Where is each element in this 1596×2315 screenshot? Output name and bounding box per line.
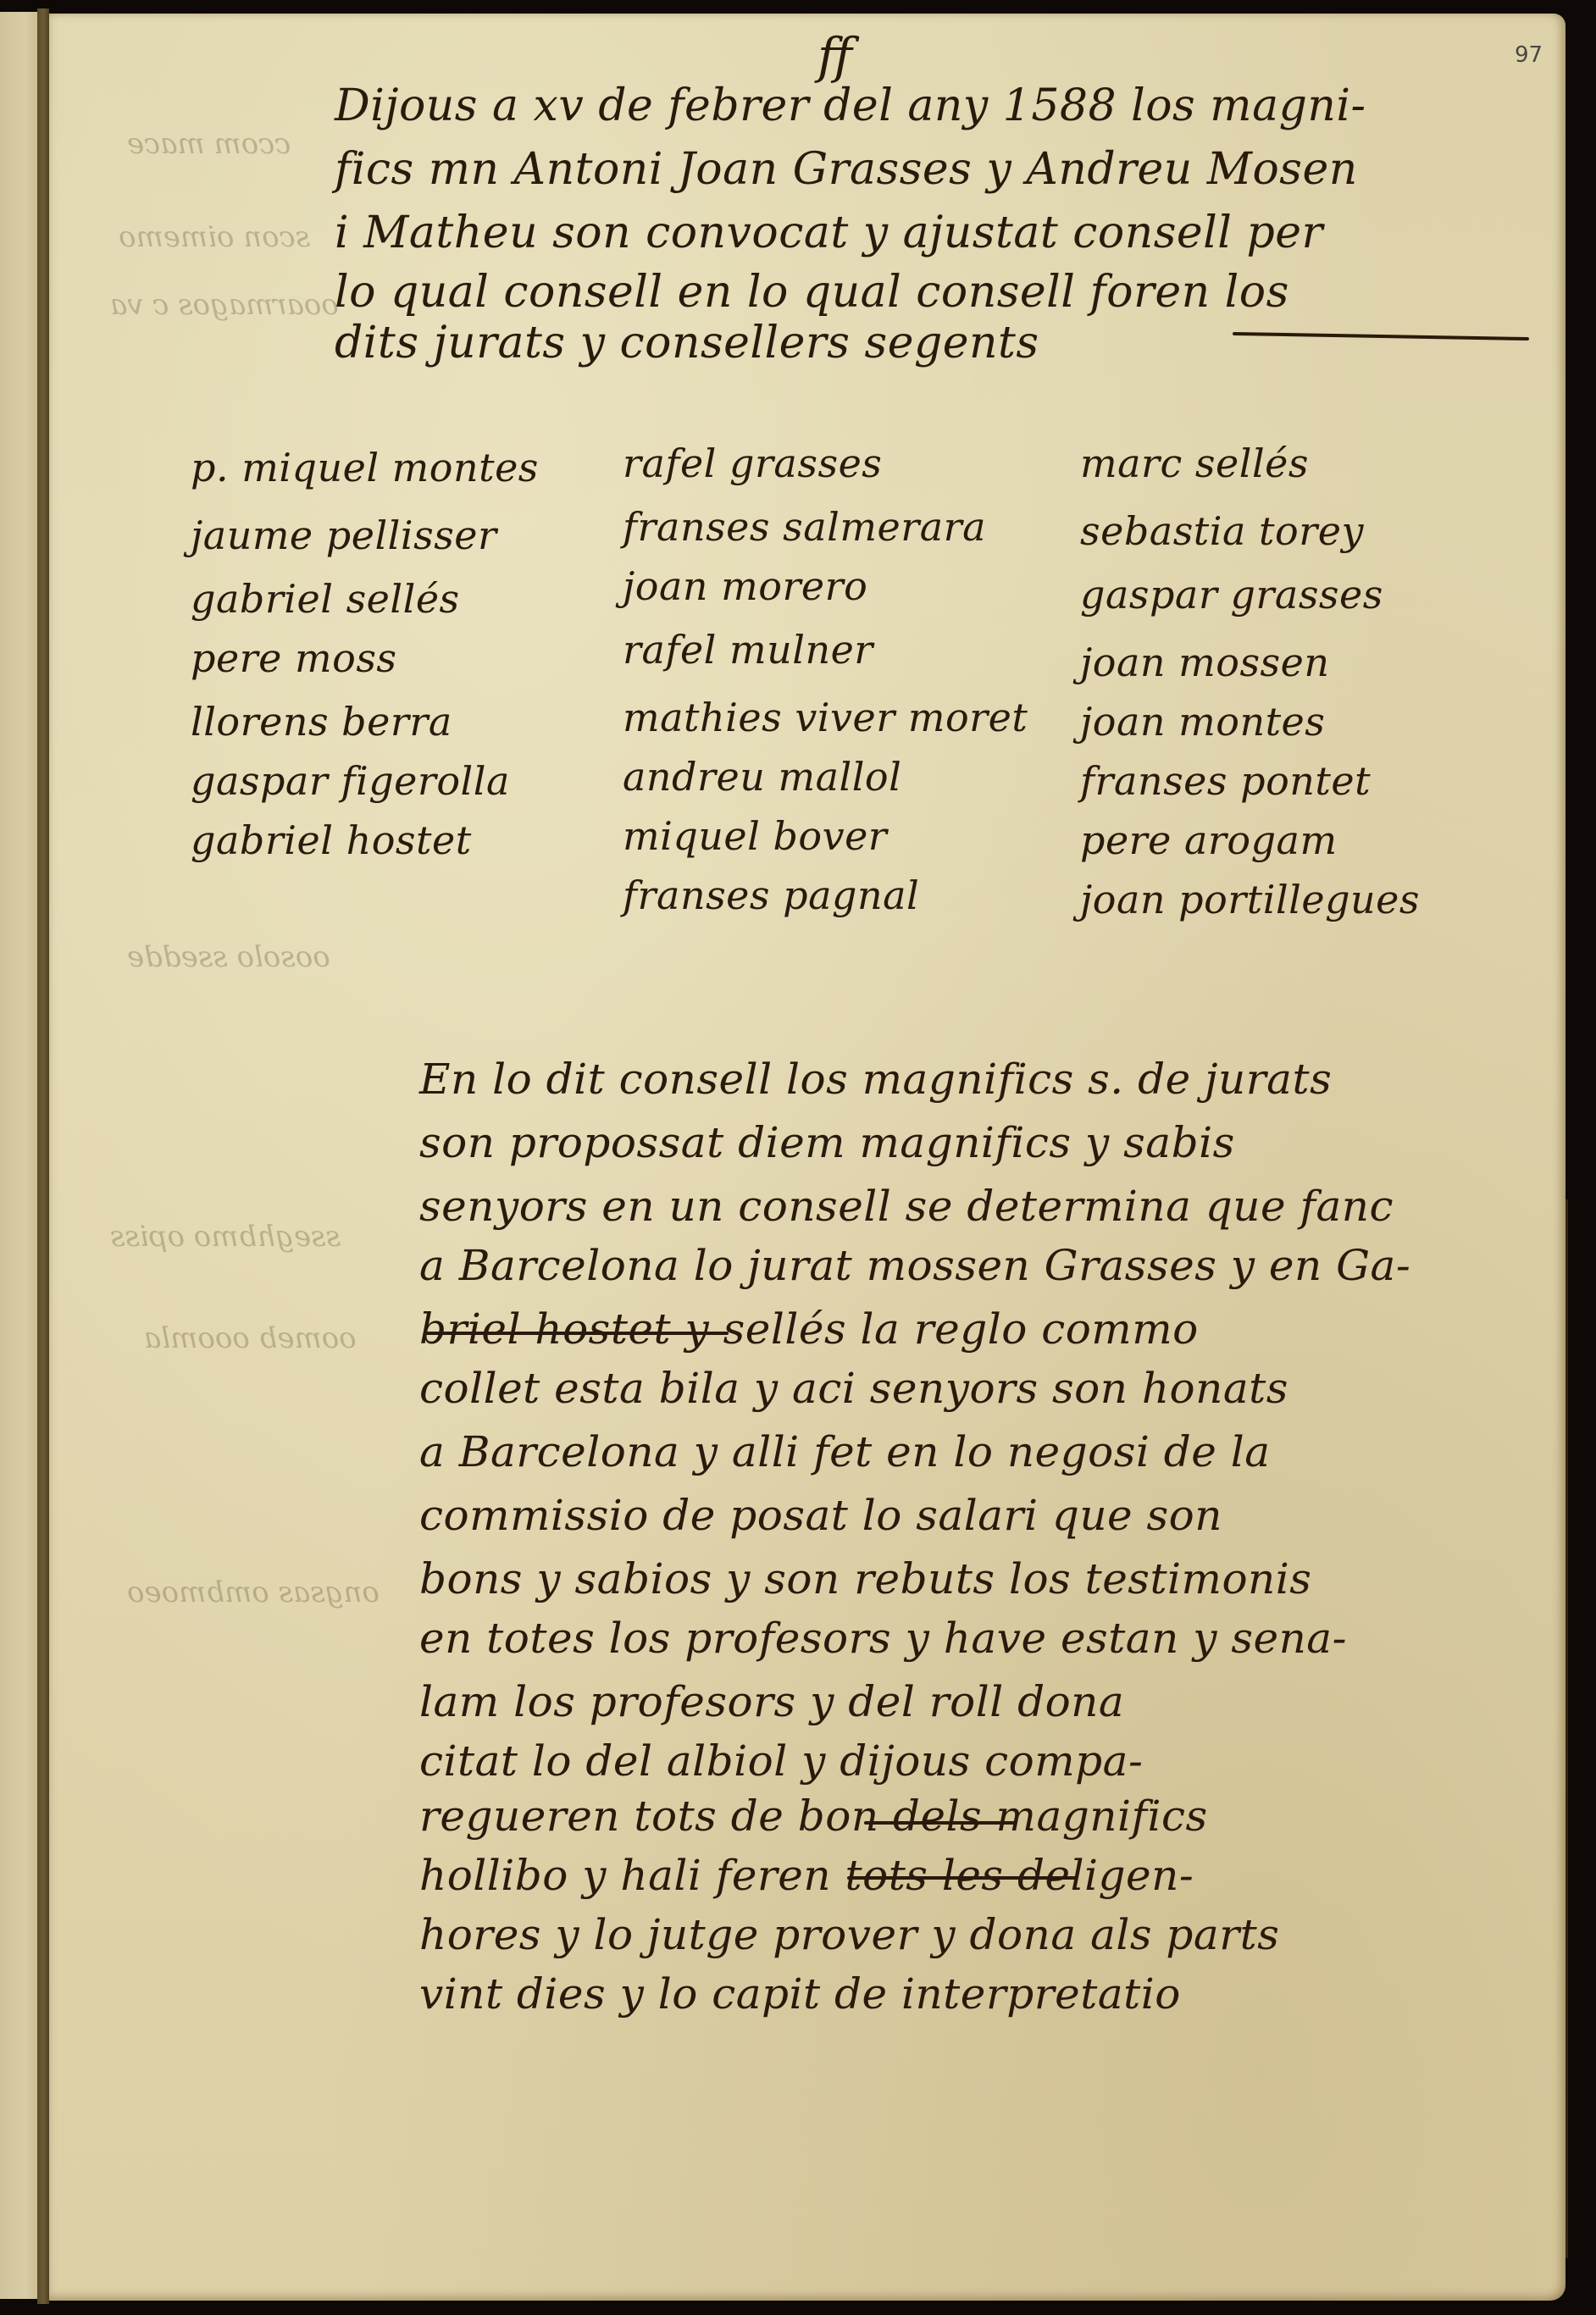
- attendee-name: p. miquel montes: [191, 445, 539, 490]
- bleed-through-text: ccom mace: [127, 127, 291, 161]
- body-line-1: En lo dit consell los magnifics s. de ju…: [419, 1055, 1332, 1104]
- heading-mark: ff: [817, 27, 852, 85]
- bleed-through-text: ongsas ombmoeo: [127, 1576, 380, 1609]
- body-line-7: a Barcelona y alli fet en lo negosi de l…: [419, 1427, 1271, 1476]
- attendee-name: andreu mallol: [623, 754, 901, 800]
- attendee-name: joan mossen: [1080, 640, 1330, 685]
- binding-gutter: [37, 8, 49, 2304]
- attendee-name: jaume pellisser: [191, 512, 497, 558]
- body-line-9: bons y sabios y son rebuts los testimoni…: [419, 1554, 1311, 1603]
- body-line-12: citat lo del albiol y dijous compa-: [419, 1736, 1143, 1786]
- bleed-through-text: ooarmagos c va: [110, 288, 339, 322]
- opening-line-5: dits jurats y consellers segents: [335, 318, 1039, 368]
- bleed-through-text: oomeb ooomla: [144, 1321, 357, 1355]
- attendee-name: miquel bover: [623, 813, 887, 859]
- folio-number: 97: [1515, 42, 1543, 68]
- body-line-16: vint dies y lo capit de interpretatio: [419, 1969, 1181, 2019]
- previous-leaf-edge: [0, 12, 41, 2299]
- bleed-through-text: oosolo ssedde: [127, 940, 330, 974]
- attendee-name: pere arogam: [1080, 817, 1338, 863]
- strikethrough-mark: [424, 1332, 729, 1335]
- attendee-name: marc sellés: [1080, 440, 1309, 486]
- body-line-4: a Barcelona lo jurat mossen Grasses y en…: [419, 1241, 1410, 1290]
- body-line-6: collet esta bila y aci senyors son honat…: [419, 1364, 1288, 1413]
- strikethrough-mark: [847, 1876, 1076, 1880]
- attendee-name: franses pontet: [1080, 758, 1371, 804]
- attendee-name: gabriel sellés: [191, 576, 460, 622]
- attendee-name: llorens berra: [191, 699, 452, 745]
- bleed-through-text: sseghbmo opiss: [110, 1220, 341, 1254]
- body-line-15: hores y lo jutge prover y dona als parts: [419, 1910, 1279, 1959]
- body-line-11: lam los profesors y del roll dona: [419, 1677, 1124, 1726]
- strikethrough-mark: [864, 1821, 1017, 1825]
- attendee-name: joan morero: [623, 563, 867, 609]
- body-line-3: senyors en un consell se determina que f…: [419, 1182, 1394, 1231]
- bleed-through-text: scon oimemo: [119, 220, 310, 254]
- attendee-name: franses salmerara: [623, 504, 986, 550]
- attendee-name: gaspar figerolla: [191, 758, 510, 804]
- attendee-name: joan montes: [1080, 699, 1325, 745]
- page-fold: [1566, 1199, 1568, 2258]
- attendee-name: franses pagnal: [623, 872, 919, 918]
- opening-line-3: i Matheu son convocat y ajustat consell …: [335, 208, 1323, 258]
- attendee-name: gabriel hostet: [191, 817, 472, 863]
- attendee-name: rafel mulner: [623, 627, 873, 673]
- attendee-name: pere moss: [191, 635, 397, 681]
- attendee-name: joan portillegues: [1080, 877, 1420, 922]
- opening-line-1: Dijous a xv de febrer del any 1588 los m…: [335, 80, 1366, 131]
- attendee-name: mathies viver moret: [623, 695, 1028, 740]
- body-line-14: hollibo y hali feren tots les deligen-: [419, 1851, 1194, 1900]
- opening-line-2: fics mn Antoni Joan Grasses y Andreu Mos…: [335, 144, 1358, 195]
- body-line-13: regueren tots de bon dels magnifics: [419, 1792, 1208, 1841]
- attendee-name: rafel grasses: [623, 440, 882, 486]
- body-line-5: briel hostet y sellés la reglo commo: [419, 1304, 1199, 1354]
- body-line-10: en totes los profesors y have estan y se…: [419, 1614, 1347, 1663]
- body-line-8: commissio de posat lo salari que son: [419, 1491, 1222, 1540]
- attendee-name: gaspar grasses: [1080, 572, 1383, 618]
- attendee-name: sebastia torey: [1080, 508, 1364, 554]
- body-line-2: son propossat diem magnifics y sabis: [419, 1118, 1235, 1167]
- opening-line-4: lo qual consell en lo qual consell foren…: [335, 267, 1289, 318]
